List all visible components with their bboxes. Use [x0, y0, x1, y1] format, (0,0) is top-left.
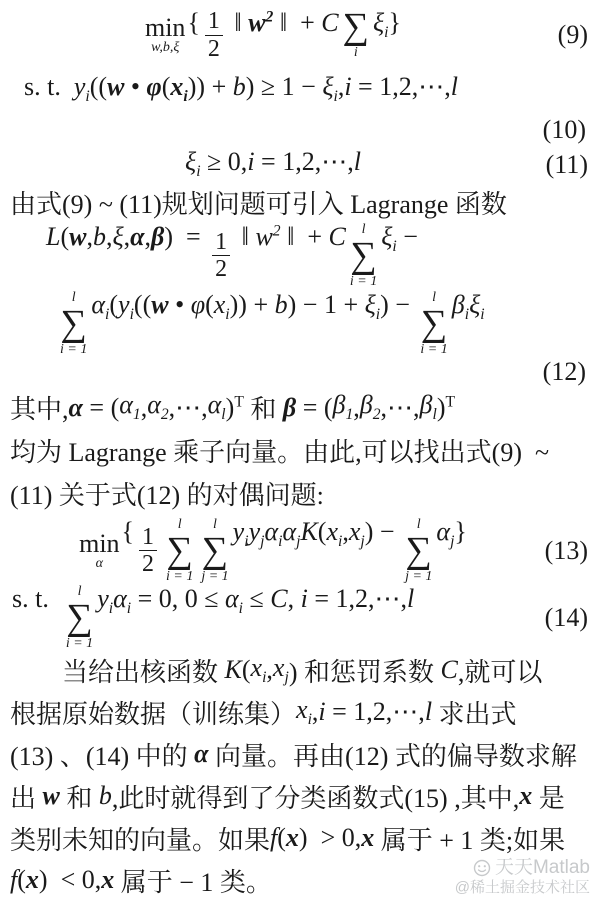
equation-11-body: ξi ≥ 0,i = 1,2,⋯,l	[10, 147, 536, 181]
watermark: 天天Matlab @稀土掘金技术社区	[455, 857, 590, 896]
equation-10: s. t. yi((w • φ(xi)) + b) ≥ 1 − ξi,i = 1…	[10, 66, 588, 112]
watermark-community: @稀土掘金技术社区	[455, 879, 590, 896]
equation-10-body: s. t. yi((w • φ(xi)) + b) ≥ 1 − ξi,i = 1…	[24, 72, 588, 106]
equation-14-body: s. t. l∑i = 1yiαi = 0, 0 ≤ αi ≤ C, i = 1…	[12, 584, 536, 651]
equation-10-number: (10)	[10, 112, 588, 147]
equation-14-number: (14)	[536, 603, 588, 633]
equation-12-line1-body: L(w,b,ξ,α,β) = 12 ‖ w2 ‖ + Cl∑i = 1ξi −	[46, 222, 588, 289]
paragraph-multipliers: 其中,α = (α1,α2,⋯,αl)T 和 β = (β1,β2,⋯,βl)T…	[10, 386, 588, 515]
equation-13: minα{12l∑i = 1l∑j = 1yiyjαiαjK(xi,xj) − …	[10, 515, 588, 587]
text-line: 由式(9) ~ (11)规划问题可引入 Lagrange 函数	[10, 182, 588, 222]
watermark-name: 天天Matlab	[495, 857, 590, 879]
equation-13-body: minα{12l∑i = 1l∑j = 1yiyjαiαjK(xi,xj) − …	[10, 517, 536, 584]
equation-13-number: (13)	[536, 536, 588, 566]
equation-12-number: (12)	[10, 358, 588, 386]
equation-12-line1: L(w,b,ξ,α,β) = 12 ‖ w2 ‖ + Cl∑i = 1ξi −	[10, 222, 588, 290]
watermark-title: 天天Matlab	[455, 857, 590, 879]
smiley-face-icon	[473, 859, 491, 877]
equation-12-line2: l∑i = 1αi(yi((w • φ(xi)) + b) − 1 + ξi) …	[10, 290, 588, 358]
equation-11-number: (11)	[536, 150, 588, 180]
equation-12-line2-body: l∑i = 1αi(yi((w • φ(xi)) + b) − 1 + ξi) …	[56, 290, 588, 357]
equation-9-body: minw,b,ξ{12 ‖ w2 ‖ + C∑iξi}	[10, 8, 536, 63]
text-line: 均为 Lagrange 乘子向量。由此,可以找出式(9) ~	[10, 429, 588, 472]
text-line: 根据原始数据（训练集）xi,i = 1,2,⋯,l 求出式	[10, 691, 588, 733]
equation-9: minw,b,ξ{12 ‖ w2 ‖ + C∑iξi} (9)	[10, 4, 588, 66]
text-line: 当给出核函数 K(xi,xj) 和惩罚系数 C,就可以	[10, 649, 588, 691]
paper-page: minw,b,ξ{12 ‖ w2 ‖ + C∑iξi} (9) s. t. yi…	[0, 0, 598, 902]
text-line: 类别未知的向量。如果f(x) > 0,x 属于 + 1 类;如果	[10, 817, 588, 859]
text-line: (13) 、(14) 中的 α 向量。再由(12) 式的偏导数求解	[10, 733, 588, 775]
paragraph-lagrange-intro: 由式(9) ~ (11)规划问题可引入 Lagrange 函数	[10, 182, 588, 222]
text-line: 出 w 和 b,此时就得到了分类函数式(15) ,其中,x 是	[10, 775, 588, 817]
equation-14: s. t. l∑i = 1yiαi = 0, 0 ≤ αi ≤ C, i = 1…	[10, 587, 588, 649]
text-line: (11) 关于式(12) 的对偶问题:	[10, 472, 588, 515]
text-line: 其中,α = (α1,α2,⋯,αl)T 和 β = (β1,β2,⋯,βl)T	[10, 386, 588, 429]
equation-11: ξi ≥ 0,i = 1,2,⋯,l (11)	[10, 147, 588, 182]
equation-9-number: (9)	[536, 20, 588, 50]
